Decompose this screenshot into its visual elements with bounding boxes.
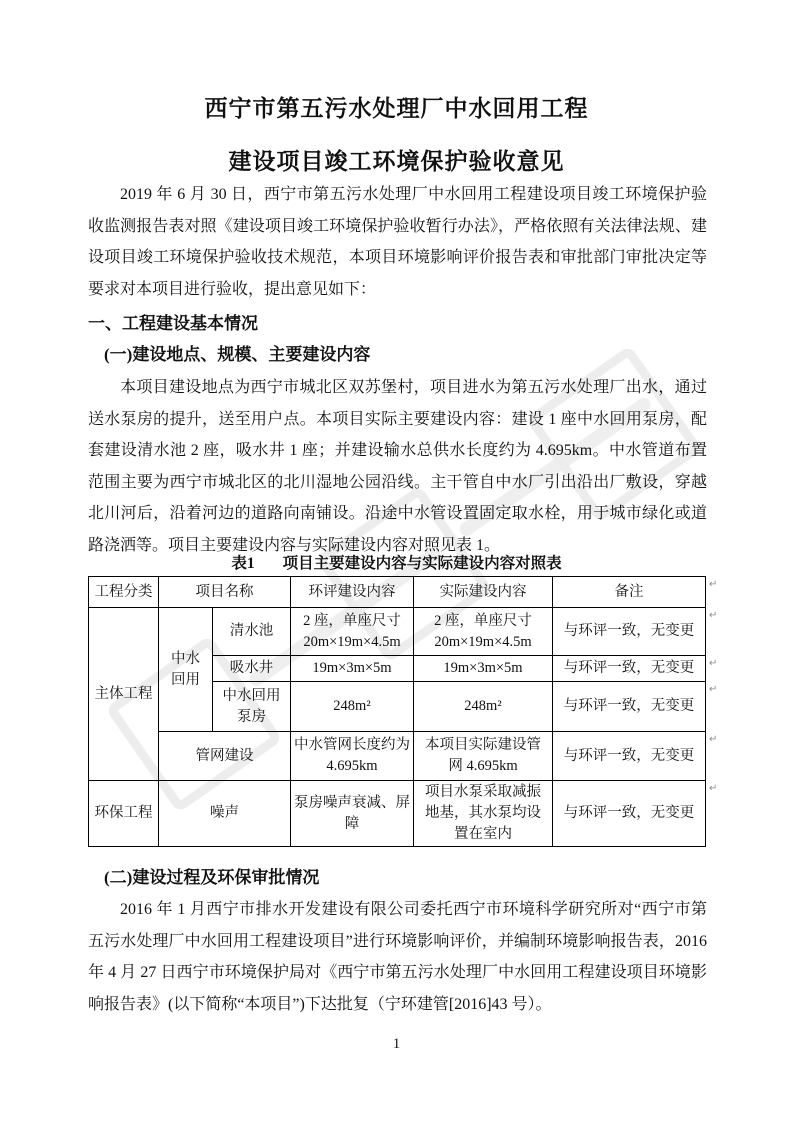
table-header-row: 工程分类 项目名称 环评建设内容 实际建设内容 备注 xyxy=(89,577,706,608)
section-1-2-paragraph: 2016 年 1 月西宁市排水开发建设有限公司委托西宁市环境科学研究所对“西宁市… xyxy=(88,894,707,1020)
cell-note: 与环评一致，无变更 xyxy=(553,608,706,656)
header-cell-eia-content: 环评建设内容 xyxy=(291,577,414,608)
table-caption: 表1项目主要建设内容与实际建设内容对照表 xyxy=(88,551,705,573)
cell-eia: 中水管网长度约为 4.695km xyxy=(291,732,414,781)
cell-name: 中水回用 泵房 xyxy=(213,682,291,732)
paragraph-mark-icon: ↵ xyxy=(709,580,717,590)
cell-name: 清水池 xyxy=(213,608,291,656)
section-1-1-heading: (一)建设地点、规模、主要建设内容 xyxy=(104,340,370,365)
paragraph-mark-icon: ↵ xyxy=(709,784,717,794)
paragraph-mark-icon: ↵ xyxy=(709,611,717,621)
paragraph-mark-icon: ↵ xyxy=(709,659,717,669)
document-page: 西宁市第五污水处理厂中水回用工程 建设项目竣工环境保护验收意见 2019 年 6… xyxy=(0,0,793,1122)
cell-eia: 泵房噪声衰减、屏障 xyxy=(291,781,414,847)
table-caption-label: 表1 xyxy=(231,555,254,572)
document-title-line2: 建设项目竣工环境保护验收意见 xyxy=(88,143,705,176)
cell-name: 吸水井 xyxy=(213,656,291,682)
cell-actual: 19m×3m×5m xyxy=(414,656,553,682)
intro-paragraph: 2019 年 6 月 30 日，西宁市第五污水处理厂中水回用工程建设项目竣工环境… xyxy=(88,179,707,305)
cell-eia: 19m×3m×5m xyxy=(291,656,414,682)
cell-name: 管网建设 xyxy=(159,732,291,781)
cell-note: 与环评一致，无变更 xyxy=(553,656,706,682)
cell-name: 噪声 xyxy=(159,781,291,847)
document-title-line1: 西宁市第五污水处理厂中水回用工程 xyxy=(88,90,705,123)
cell-actual: 项目水泵采取减振 地基，其水泵均设 置在室内 xyxy=(414,781,553,847)
paragraph-mark-icon: ↵ xyxy=(709,685,717,695)
cell-actual: 248m² xyxy=(414,682,553,732)
cell-actual: 2 座，单座尺寸 20m×19m×4.5m xyxy=(414,608,553,656)
section-1-1-paragraph: 本项目建设地点为西宁市城北区双苏堡村，项目进水为第五污水处理厂出水，通过送水泵房… xyxy=(88,372,707,561)
header-cell-actual-content: 实际建设内容 xyxy=(414,577,553,608)
cell-eia: 248m² xyxy=(291,682,414,732)
paragraph-mark-icon: ↵ xyxy=(709,735,717,745)
cell-group-main-project: 主体工程 xyxy=(89,608,159,781)
cell-actual: 本项目实际建设管 网 4.695km xyxy=(414,732,553,781)
table-1: 工程分类 项目名称 环评建设内容 实际建设内容 备注 主体工程 中水 回用 清水… xyxy=(88,576,706,847)
cell-group-water-reuse: 中水 回用 xyxy=(159,608,213,732)
section-1-heading: 一、工程建设基本情况 xyxy=(88,309,258,334)
cell-note: 与环评一致，无变更 xyxy=(553,732,706,781)
page-number: 1 xyxy=(88,1036,705,1053)
section-1-2-heading: (二)建设过程及环保审批情况 xyxy=(104,863,319,888)
cell-note: 与环评一致，无变更 xyxy=(553,781,706,847)
header-cell-project-name: 项目名称 xyxy=(159,577,291,608)
table-row: 主体工程 中水 回用 清水池 2 座，单座尺寸 20m×19m×4.5m 2 座… xyxy=(89,608,706,656)
header-cell-remark: 备注 xyxy=(553,577,706,608)
table-1-wrap: 工程分类 项目名称 环评建设内容 实际建设内容 备注 主体工程 中水 回用 清水… xyxy=(88,576,728,847)
header-cell-project-class: 工程分类 xyxy=(89,577,159,608)
table-row: 环保工程 噪声 泵房噪声衰减、屏障 项目水泵采取减振 地基，其水泵均设 置在室内… xyxy=(89,781,706,847)
table-caption-title: 项目主要建设内容与实际建设内容对照表 xyxy=(283,555,562,572)
cell-group-env-project: 环保工程 xyxy=(89,781,159,847)
cell-note: 与环评一致，无变更 xyxy=(553,682,706,732)
table-row: 管网建设 中水管网长度约为 4.695km 本项目实际建设管 网 4.695km… xyxy=(89,732,706,781)
cell-eia: 2 座，单座尺寸 20m×19m×4.5m xyxy=(291,608,414,656)
